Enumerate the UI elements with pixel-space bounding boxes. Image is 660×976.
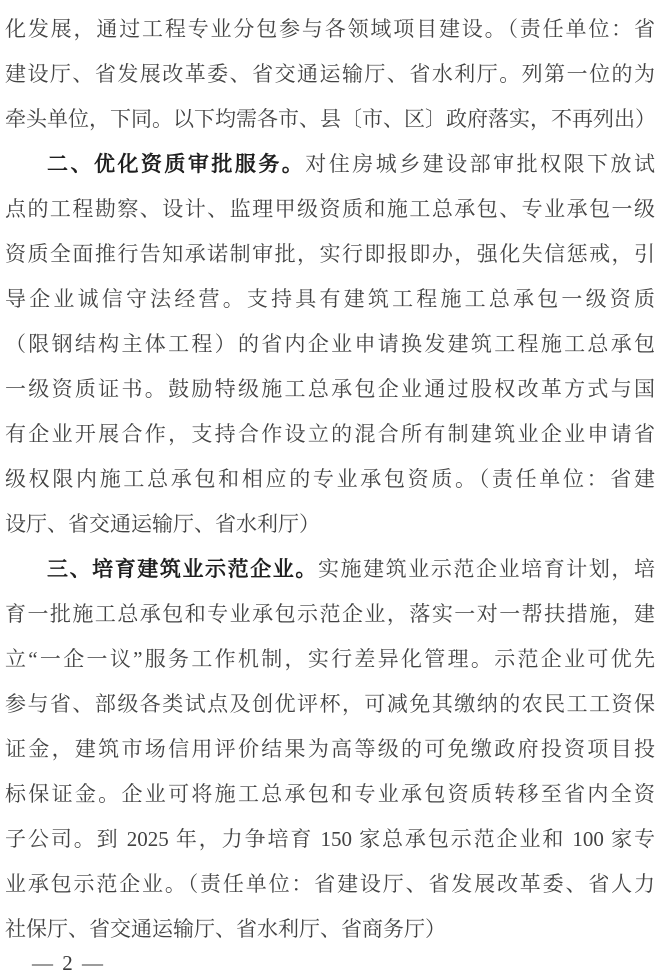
text-line: 导企业诚信守法经营。支持具有建筑工程施工总承包一级资质: [5, 277, 655, 322]
line-text: 资质全面推行告知承诺制审批，实行即报即办，强化失信惩戒，引: [5, 242, 655, 266]
text-line: 化发展，通过工程专业分包参与各领域项目建设。（责任单位：省: [5, 7, 655, 52]
text-line: 牵头单位，下同。以下均需各市、县〔市、区〕政府落实，不再列出）: [5, 97, 655, 142]
text-line: 建设厅、省发展改革委、省交通运输厅、省水利厅。列第一位的为: [5, 52, 655, 97]
page-number: — 2 —: [5, 952, 655, 975]
text-line: 有企业开展合作，支持合作设立的混合所有制建筑业企业申请省: [5, 412, 655, 457]
line-text: 导企业诚信守法经营。支持具有建筑工程施工总承包一级资质: [5, 287, 655, 311]
text-line: 证金，建筑市场信用评价结果为高等级的可免缴政府投资项目投: [5, 727, 655, 772]
line-text: （限钢结构主体工程）的省内企业申请换发建筑工程施工总承包: [5, 332, 655, 356]
text-line: （限钢结构主体工程）的省内企业申请换发建筑工程施工总承包: [5, 322, 655, 367]
text-line: 三、培育建筑业示范企业。实施建筑业示范企业培育计划，培: [5, 547, 655, 592]
line-text: 证金，建筑市场信用评价结果为高等级的可免缴政府投资项目投: [5, 737, 655, 761]
document-body: 化发展，通过工程专业分包参与各领域项目建设。（责任单位：省 建设厅、省发展改革委…: [0, 0, 660, 975]
text-line: 参与省、部级各类试点及创优评杯，可减免其缴纳的农民工工资保: [5, 682, 655, 727]
line-text: 建设厅、省发展改革委、省交通运输厅、省水利厅。列第一位的为: [5, 62, 655, 86]
line-text: 对住房城乡建设部审批权限下放试: [305, 152, 655, 176]
text-line: 育一批施工总承包和专业承包示范企业，落实一对一帮扶措施，建: [5, 592, 655, 637]
text-line: 业承包示范企业。（责任单位：省建设厅、省发展改革委、省人力: [5, 862, 655, 907]
line-text: 有企业开展合作，支持合作设立的混合所有制建筑业企业申请省: [5, 422, 655, 446]
line-text: 一级资质证书。鼓励特级施工总承包企业通过股权改革方式与国: [5, 377, 655, 401]
text-line: 立“一企一议”服务工作机制，实行差异化管理。示范企业可优先: [5, 637, 655, 682]
line-text: 级权限内施工总承包和相应的专业承包资质。（责任单位：省建: [5, 467, 655, 491]
text-line: 二、优化资质审批服务。对住房城乡建设部审批权限下放试: [5, 142, 655, 187]
text-line: 标保证金。企业可将施工总承包和专业承包资质转移至省内全资: [5, 772, 655, 817]
section-heading: 二、优化资质审批服务。: [47, 153, 305, 176]
line-text: 实施建筑业示范企业培育计划，培: [318, 557, 655, 581]
line-text: 设厅、省交通运输厅、省水利厅）: [5, 512, 320, 536]
text-line: 子公司。到 2025 年，力争培育 150 家总承包示范企业和 100 家专: [5, 817, 655, 862]
text-line: 级权限内施工总承包和相应的专业承包资质。（责任单位：省建: [5, 457, 655, 502]
text-line: 设厅、省交通运输厅、省水利厅）: [5, 502, 655, 547]
line-text: 育一批施工总承包和专业承包示范企业，落实一对一帮扶措施，建: [5, 602, 655, 626]
text-line: 点的工程勘察、设计、监理甲级资质和施工总承包、专业承包一级: [5, 187, 655, 232]
line-text: 参与省、部级各类试点及创优评杯，可减免其缴纳的农民工工资保: [5, 692, 655, 716]
text-line: 一级资质证书。鼓励特级施工总承包企业通过股权改革方式与国: [5, 367, 655, 412]
line-text: 业承包示范企业。（责任单位：省建设厅、省发展改革委、省人力: [5, 872, 655, 896]
line-text: 社保厅、省交通运输厅、省水利厅、省商务厅）: [5, 917, 446, 941]
line-text: 点的工程勘察、设计、监理甲级资质和施工总承包、专业承包一级: [5, 197, 655, 221]
line-text: 牵头单位，下同。以下均需各市、县〔市、区〕政府落实，不再列出）: [5, 107, 655, 131]
line-text: 标保证金。企业可将施工总承包和专业承包资质转移至省内全资: [5, 782, 655, 806]
line-text: 立“一企一议”服务工作机制，实行差异化管理。示范企业可优先: [5, 647, 655, 671]
line-text: 化发展，通过工程专业分包参与各领域项目建设。（责任单位：省: [5, 17, 655, 41]
text-line: 资质全面推行告知承诺制审批，实行即报即办，强化失信惩戒，引: [5, 232, 655, 277]
document-page: { "page": { "background_color": "#ffffff…: [0, 0, 660, 976]
section-heading: 三、培育建筑业示范企业。: [47, 558, 318, 581]
text-line: 社保厅、省交通运输厅、省水利厅、省商务厅）: [5, 907, 655, 952]
line-text: 子公司。到 2025 年，力争培育 150 家总承包示范企业和 100 家专: [5, 827, 655, 851]
